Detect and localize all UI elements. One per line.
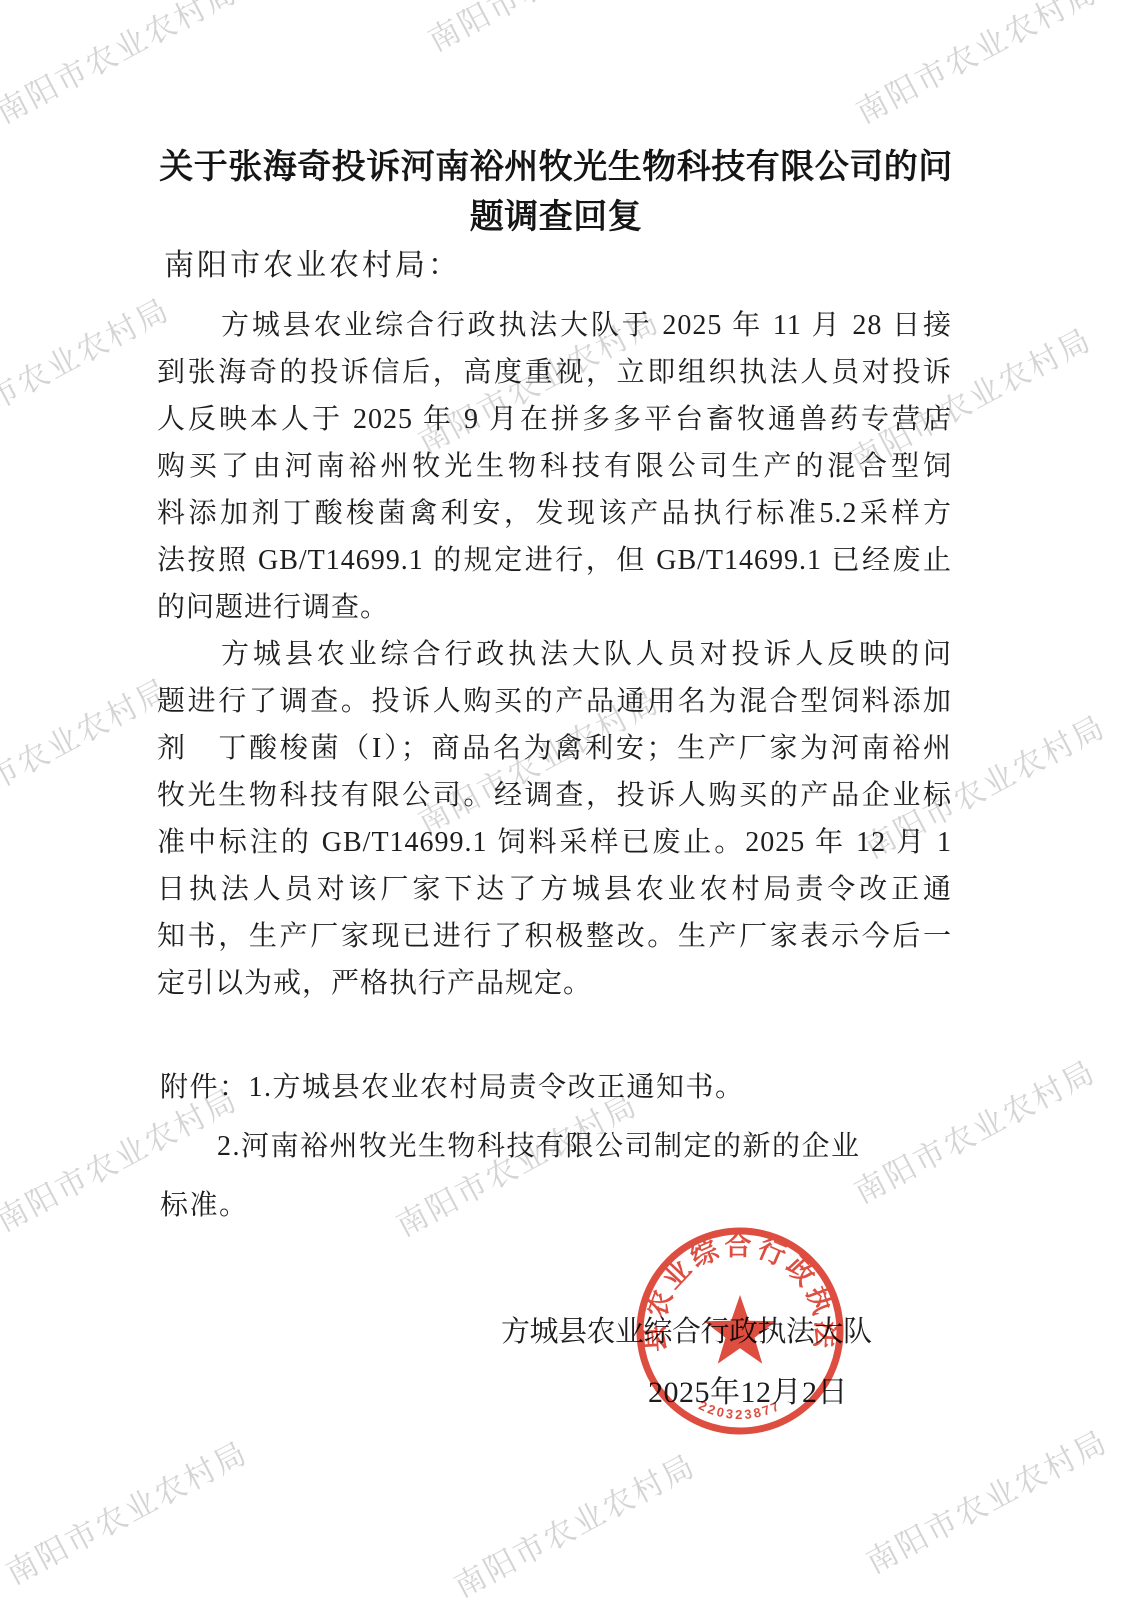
document-title: 关于张海奇投诉河南裕州牧光生物科技有限公司的问 题调查回复 bbox=[156, 142, 956, 242]
body-line: 人反映本人于 2025 年 9 月在拼多多平台畜牧通兽药专营店 bbox=[157, 396, 952, 443]
watermark-text: 南阳市农业农村局 bbox=[850, 0, 1104, 132]
body-line: 购买了由河南裕州牧光生物科技有限公司生产的混合型饲 bbox=[157, 443, 952, 490]
attachment-line-3: 标准。 bbox=[160, 1186, 249, 1226]
body-line: 方城县农业综合行政执法大队人员对投诉人反映的问 bbox=[157, 631, 952, 678]
attachment-line-2: 2.河南裕州牧光生物科技有限公司制定的新的企业 bbox=[217, 1127, 861, 1167]
watermark-text: 南阳市农业农村局 bbox=[848, 1053, 1102, 1212]
body-line: 剂 丁酸梭菌（I）；商品名为禽利安；生产厂家为河南裕州 bbox=[157, 725, 952, 772]
attachment-line-1: 附件：1.方城县农业农村局责令改正通知书。 bbox=[160, 1068, 745, 1108]
title-line-1: 关于张海奇投诉河南裕州牧光生物科技有限公司的问 bbox=[156, 142, 956, 192]
body-line: 方城县农业综合行政执法大队于 2025 年 11 月 28 日接 bbox=[157, 302, 952, 349]
body-line: 的问题进行调查。 bbox=[157, 584, 952, 631]
seal-serial-number: 220323877 bbox=[697, 1398, 784, 1422]
watermark-text: 南阳市农业农村局 bbox=[860, 1423, 1114, 1582]
watermark-text: 南阳市农业农村局 bbox=[0, 0, 245, 132]
watermark-text: 南阳市农业农村局 bbox=[0, 671, 177, 830]
watermark-text: 南阳市农业农村局 bbox=[422, 0, 676, 60]
watermark-text: 南阳市农业农村局 bbox=[448, 1447, 702, 1600]
salutation: 南阳市农业农村局： bbox=[164, 246, 461, 286]
body-line: 知书，生产厂家现已进行了积极整改。生产厂家表示今后一 bbox=[157, 913, 952, 960]
body-line: 法按照 GB/T14699.1 的规定进行，但 GB/T14699.1 已经废止 bbox=[157, 537, 952, 584]
document-page: 南阳市农业农村局南阳市农业农村局南阳市农业农村局南阳市农业农村局南阳市农业农村局… bbox=[0, 0, 1131, 1600]
body-line: 日执法人员对该厂家下达了方城县农业农村局责令改正通 bbox=[157, 866, 952, 913]
body-line: 定引以为戒，严格执行产品规定。 bbox=[157, 960, 952, 1007]
title-line-2: 题调查回复 bbox=[156, 192, 956, 242]
body-line: 料添加剂丁酸梭菌禽利安，发现该产品执行标准5.2采样方 bbox=[157, 490, 952, 537]
body-line: 牧光生物科技有限公司。经调查，投诉人购买的产品企业标 bbox=[157, 772, 952, 819]
watermark-text: 南阳市农业农村局 bbox=[0, 1434, 254, 1593]
body-line: 到张海奇的投诉信后，高度重视，立即组织执法人员对投诉 bbox=[157, 349, 952, 396]
document-body: 方城县农业综合行政执法大队于 2025 年 11 月 28 日接到张海奇的投诉信… bbox=[157, 302, 952, 1007]
body-line: 题进行了调查。投诉人购买的产品通用名为混合型饲料添加 bbox=[157, 678, 952, 725]
watermark-text: 南阳市农业农村局 bbox=[0, 291, 177, 450]
body-line: 准中标注的 GB/T14699.1 饲料采样已废止。2025 年 12 月 1 bbox=[157, 819, 952, 866]
star-icon bbox=[704, 1295, 776, 1364]
official-seal: 方城县农业综合行政执法大队 220323877 bbox=[610, 1201, 870, 1461]
